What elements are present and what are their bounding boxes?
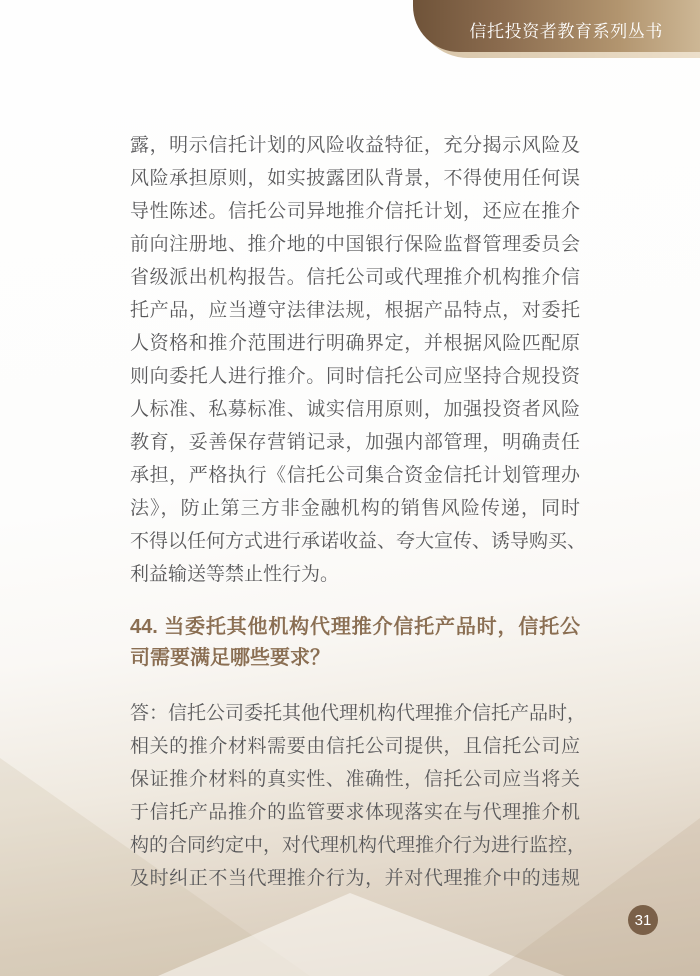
paragraph-line: 承担，严格执行《信托公司集合资金信托计划管理办 <box>130 459 580 492</box>
paragraph-line: 不得以任何方式进行承诺收益、夸大宣传、诱导购买、 <box>130 525 580 558</box>
paragraph-line: 导性陈述。信托公司异地推介信托计划，还应在推介 <box>130 195 580 228</box>
question-heading-line: 44. 当委托其他机构代理推介信托产品时，信托公 <box>130 612 580 643</box>
paragraph-line: 利益输送等禁止性行为。 <box>130 558 580 591</box>
paragraph-line: 省级派出机构报告。信托公司或代理推介机构推介信 <box>130 261 580 294</box>
continuation-paragraph: 露，明示信托计划的风险收益特征，充分揭示风险及风险承担原则，如实披露团队背景，不… <box>130 129 580 591</box>
paragraph-line: 教育，妥善保存营销记录，加强内部管理，明确责任 <box>130 426 580 459</box>
page-number-badge: 31 <box>628 905 658 935</box>
paragraph-line: 于信托产品推介的监管要求体现落实在与代理推介机 <box>130 796 580 829</box>
paragraph-line: 相关的推介材料需要由信托公司提供，且信托公司应 <box>130 730 580 763</box>
paragraph-line: 保证推介材料的真实性、准确性，信托公司应当将关 <box>130 763 580 796</box>
paragraph-line: 则向委托人进行推介。同时信托公司应坚持合规投资 <box>130 360 580 393</box>
question-heading-line: 司需要满足哪些要求？ <box>130 643 580 674</box>
answer-paragraph: 答：信托公司委托其他代理机构代理推介信托产品时，相关的推介材料需要由信托公司提供… <box>130 697 580 895</box>
paragraph-line: 答：信托公司委托其他代理机构代理推介信托产品时， <box>130 697 580 730</box>
paragraph-line: 露，明示信托计划的风险收益特征，充分揭示风险及 <box>130 129 580 162</box>
header-ribbon: 信托投资者教育系列丛书 <box>413 0 700 52</box>
book-page: 信托投资者教育系列丛书 露，明示信托计划的风险收益特征，充分揭示风险及风险承担原… <box>0 0 700 976</box>
paragraph-line: 风险承担原则，如实披露团队背景，不得使用任何误 <box>130 162 580 195</box>
paragraph-line: 法》，防止第三方非金融机构的销售风险传递，同时 <box>130 492 580 525</box>
question-heading: 44. 当委托其他机构代理推介信托产品时，信托公司需要满足哪些要求？ <box>130 612 580 674</box>
page-number: 31 <box>635 912 652 929</box>
paragraph-line: 人标准、私募标准、诚实信用原则，加强投资者风险 <box>130 393 580 426</box>
paragraph-line: 人资格和推介范围进行明确界定，并根据风险匹配原 <box>130 327 580 360</box>
series-title: 信托投资者教育系列丛书 <box>469 11 700 42</box>
paragraph-line: 及时纠正不当代理推介行为，并对代理推介中的违规 <box>130 862 580 895</box>
paragraph-line: 构的合同约定中，对代理机构代理推介行为进行监控， <box>130 829 580 862</box>
paragraph-line: 前向注册地、推介地的中国银行保险监督管理委员会 <box>130 228 580 261</box>
paragraph-line: 托产品，应当遵守法律法规，根据产品特点，对委托 <box>130 294 580 327</box>
